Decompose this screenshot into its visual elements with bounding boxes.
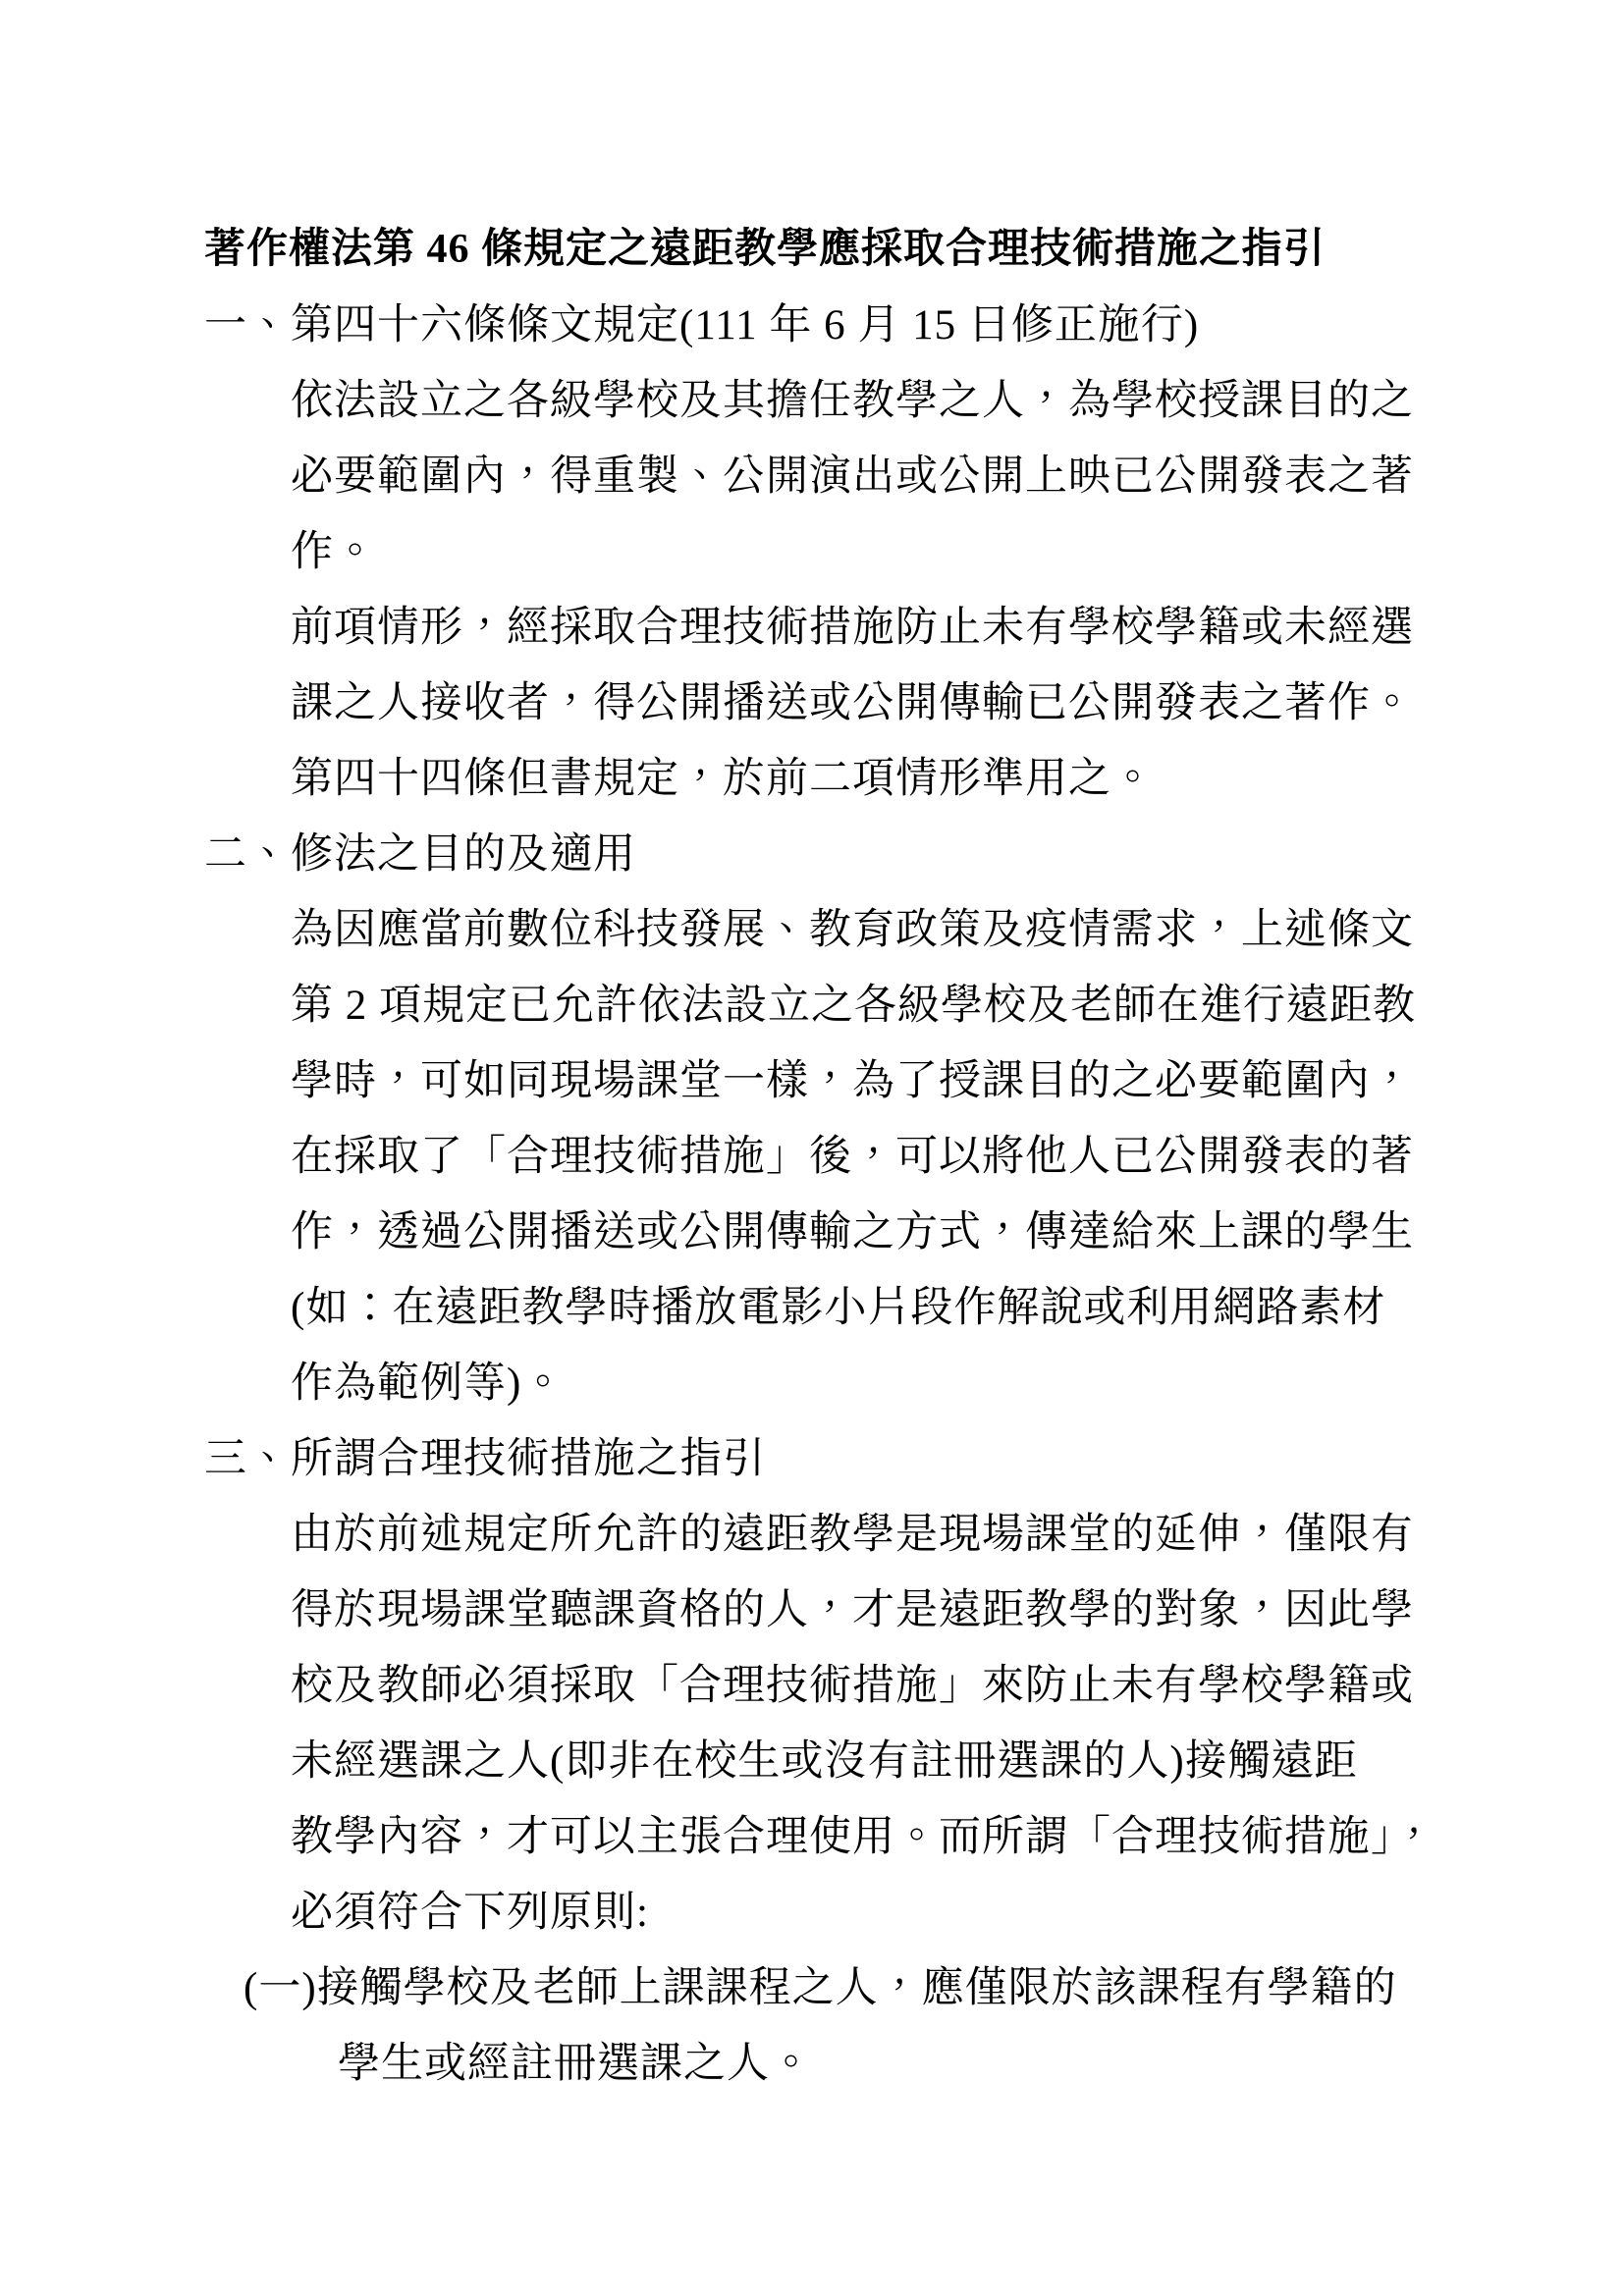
section-1-heading: 一、第四十六條條文規定(111 年 6 月 15 日修正施行): [0, 288, 1624, 363]
section-2-heading: 二、修法之目的及適用: [0, 817, 1624, 892]
document-title: 著作權法第 46 條規定之遠距教學應採取合理技術措施之指引: [0, 212, 1624, 288]
body-line: 第 2 項規定已允許依法設立之各級學校及老師在進行遠距教: [0, 968, 1624, 1043]
body-line: 在採取了「合理技術措施」後，可以將他人已公開發表的著: [0, 1119, 1624, 1195]
body-line: 作為範例等)。: [0, 1346, 1624, 1421]
body-line: 課之人接收者，得公開播送或公開傳輸已公開發表之著作。: [0, 666, 1624, 741]
body-line: 作，透過公開播送或公開傳輸之方式，傳達給來上課的學生: [0, 1195, 1624, 1270]
body-line: 校及教師必須採取「合理技術措施」來防止未有學校學籍或: [0, 1648, 1624, 1724]
body-line: 教學內容，才可以主張合理使用。而所謂「合理技術措施」，: [0, 1799, 1624, 1875]
body-line: 作。: [0, 514, 1624, 590]
document-page: 著作權法第 46 條規定之遠距教學應採取合理技術措施之指引 一、第四十六條條文規…: [0, 0, 1624, 2296]
body-line: 為因應當前數位科技發展、教育政策及疫情需求，上述條文: [0, 892, 1624, 968]
body-line: (如：在遠距教學時播放電影小片段作解說或利用網路素材: [0, 1270, 1624, 1346]
body-line: 前項情形，經採取合理技術措施防止未有學校學籍或未經選: [0, 590, 1624, 666]
body-line: 依法設立之各級學校及其擔任教學之人，為學校授課目的之: [0, 363, 1624, 439]
body-line: 學時，可如同現場課堂一樣，為了授課目的之必要範圍內，: [0, 1043, 1624, 1119]
body-line: 第四十四條但書規定，於前二項情形準用之。: [0, 741, 1624, 817]
section-3-heading: 三、所謂合理技術措施之指引: [0, 1421, 1624, 1497]
list-item-1-continuation: 學生或經註冊選課之人。: [0, 2026, 1624, 2102]
body-line: 由於前述規定所允許的遠距教學是現場課堂的延伸，僅限有: [0, 1497, 1624, 1573]
document-content: 著作權法第 46 條規定之遠距教學應採取合理技術措施之指引 一、第四十六條條文規…: [0, 212, 1624, 2102]
body-line: 得於現場課堂聽課資格的人，才是遠距教學的對象，因此學: [0, 1573, 1624, 1648]
list-item-1: (一)接觸學校及老師上課課程之人，應僅限於該課程有學籍的: [0, 1950, 1624, 2026]
body-line: 必要範圍內，得重製、公開演出或公開上映已公開發表之著: [0, 439, 1624, 514]
body-line: 未經選課之人(即非在校生或沒有註冊選課的人)接觸遠距: [0, 1724, 1624, 1799]
body-line: 必須符合下列原則:: [0, 1875, 1624, 1950]
